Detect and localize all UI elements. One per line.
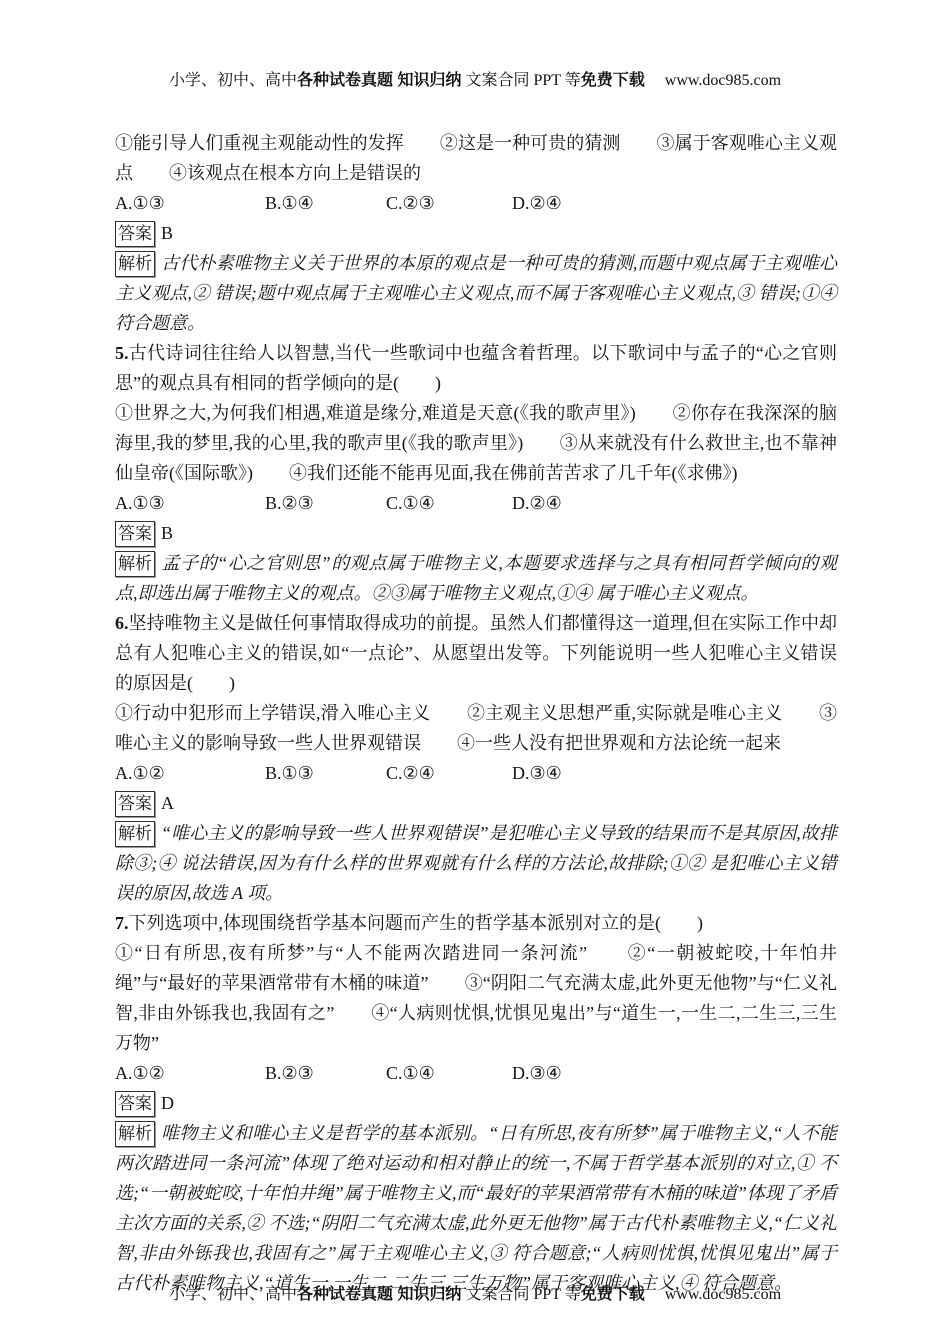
options-row: A.①③ B.②③ C.①④ D.②④ (115, 488, 837, 518)
page-header: 小学、初中、高中各种试卷真题 知识归纳 文案合同 PPT 等免费下载www.do… (0, 0, 950, 92)
answer-value: A (161, 793, 174, 813)
header-branding-text: 小学、初中、高中 (169, 72, 297, 89)
analysis-row: 解析孟子的“心之官则思”的观点属于唯物主义,本题要求选择与之具有相同哲学倾向的观… (115, 548, 837, 608)
footer-branding-text: 小学、初中、高中 (169, 1286, 297, 1303)
analysis-row: 解析古代朴素唯物主义关于世界的本原的观点是一种可贵的猜测,而题中观点属于主观唯心… (115, 248, 837, 338)
answer-label: 答案 (115, 521, 155, 547)
option-b: B.②③ (265, 488, 386, 518)
question-block-7: 7.下列选项中,体现围绕哲学基本问题而产生的哲学基本派别对立的是( ) ①“日有… (115, 908, 837, 1298)
answer-row: 答案B (115, 218, 837, 248)
option-c: C.①④ (386, 1058, 512, 1088)
answer-row: 答案A (115, 788, 837, 818)
header-branding-text: 文案合同 PPT 等 (461, 72, 580, 89)
question-number: 6. (115, 613, 129, 633)
header-url: www.doc985.com (665, 72, 781, 89)
header-branding-text: 免费下载 (581, 72, 645, 89)
analysis-text: 孟子的“心之官则思”的观点属于唯物主义,本题要求选择与之具有相同哲学倾向的观点,… (115, 553, 837, 603)
option-a: A.①② (115, 758, 265, 788)
document-body: ①能引导人们重视主观能动性的发挥 ②这是一种可贵的猜测 ③属于客观唯心主义观点 … (115, 128, 837, 1298)
option-a: A.①② (115, 1058, 265, 1088)
question-stem: 5.古代诗词往往给人以智慧,当代一些歌词中也蕴含着哲理。以下歌词中与孟子的“心之… (115, 338, 837, 398)
answer-label: 答案 (115, 1091, 155, 1117)
answer-value: B (161, 523, 173, 543)
analysis-text: 唯物主义和唯心主义是哲学的基本派别。“日有所思,夜有所梦”属于唯物主义,“人不能… (115, 1123, 837, 1293)
answer-value: D (161, 1093, 174, 1113)
question-block-5: 5.古代诗词往往给人以智慧,当代一些歌词中也蕴含着哲理。以下歌词中与孟子的“心之… (115, 338, 837, 608)
footer-branding-text: 各种试卷 (297, 1286, 361, 1303)
answer-label: 答案 (115, 791, 155, 817)
analysis-row: 解析“唯心主义的影响导致一些人世界观错误”是犯唯心主义导致的结果而不是其原因,故… (115, 818, 837, 908)
analysis-label: 解析 (115, 1121, 155, 1147)
options-row: A.①③ B.①④ C.②③ D.②④ (115, 188, 837, 218)
analysis-row: 解析唯物主义和唯心主义是哲学的基本派别。“日有所思,夜有所梦”属于唯物主义,“人… (115, 1118, 837, 1298)
analysis-text: 古代朴素唯物主义关于世界的本原的观点是一种可贵的猜测,而题中观点属于主观唯心主义… (115, 253, 837, 333)
analysis-text: “唯心主义的影响导致一些人世界观错误”是犯唯心主义导致的结果而不是其原因,故排除… (115, 823, 837, 903)
question-items: ①能引导人们重视主观能动性的发挥 ②这是一种可贵的猜测 ③属于客观唯心主义观点 … (115, 128, 837, 188)
footer-url: www.doc985.com (665, 1286, 781, 1303)
question-stem: 7.下列选项中,体现围绕哲学基本问题而产生的哲学基本派别对立的是( ) (115, 908, 837, 938)
option-d: D.③④ (512, 1058, 562, 1088)
answer-label: 答案 (115, 221, 155, 247)
question-block-4: ①能引导人们重视主观能动性的发挥 ②这是一种可贵的猜测 ③属于客观唯心主义观点 … (115, 128, 837, 338)
footer-branding-text: 免费下载 (581, 1286, 645, 1303)
analysis-label: 解析 (115, 551, 155, 577)
question-number: 7. (115, 913, 129, 933)
page-footer: 小学、初中、高中各种试卷真题 知识归纳 文案合同 PPT 等免费下载www.do… (0, 1284, 950, 1306)
question-items: ①“日有所思,夜有所梦”与“人不能两次踏进同一条河流” ②“一朝被蛇咬,十年怕井… (115, 938, 837, 1058)
document-page: 小学、初中、高中各种试卷真题 知识归纳 文案合同 PPT 等免费下载www.do… (0, 0, 950, 1344)
option-b: B.②③ (265, 1058, 386, 1088)
question-block-6: 6.坚持唯物主义是做任何事情取得成功的前提。虽然人们都懂得这一道理,但在实际工作… (115, 608, 837, 908)
option-a: A.①③ (115, 488, 265, 518)
option-d: D.②④ (512, 488, 562, 518)
header-branding-text: 真题 (361, 72, 393, 89)
question-items: ①世界之大,为何我们相遇,难道是缘分,难道是天意(《我的歌声里》) ②你存在我深… (115, 398, 837, 488)
footer-branding-text: 知识归纳 (393, 1286, 461, 1303)
option-b: B.①④ (265, 188, 386, 218)
answer-row: 答案B (115, 518, 837, 548)
option-b: B.①③ (265, 758, 386, 788)
options-row: A.①② B.②③ C.①④ D.③④ (115, 1058, 837, 1088)
answer-value: B (161, 223, 173, 243)
answer-row: 答案D (115, 1088, 837, 1118)
question-stem-text: 古代诗词往往给人以智慧,当代一些歌词中也蕴含着哲理。以下歌词中与孟子的“心之官则… (115, 343, 837, 393)
footer-branding-text: 文案合同 PPT 等 (461, 1286, 580, 1303)
option-c: C.②④ (386, 758, 512, 788)
header-branding-text: 知识归纳 (393, 72, 461, 89)
option-c: C.①④ (386, 488, 512, 518)
question-stem-text: 坚持唯物主义是做任何事情取得成功的前提。虽然人们都懂得这一道理,但在实际工作中却… (115, 613, 837, 693)
question-number: 5. (115, 343, 129, 363)
analysis-label: 解析 (115, 821, 155, 847)
option-a: A.①③ (115, 188, 265, 218)
option-c: C.②③ (386, 188, 512, 218)
header-branding-text: 各种试卷 (297, 72, 361, 89)
options-row: A.①② B.①③ C.②④ D.③④ (115, 758, 837, 788)
question-items: ①行动中犯形而上学错误,滑入唯心主义 ②主观主义思想严重,实际就是唯心主义 ③唯… (115, 698, 837, 758)
question-stem-text: 下列选项中,体现围绕哲学基本问题而产生的哲学基本派别对立的是( ) (129, 913, 704, 933)
question-stem: 6.坚持唯物主义是做任何事情取得成功的前提。虽然人们都懂得这一道理,但在实际工作… (115, 608, 837, 698)
footer-branding-text: 真题 (361, 1286, 393, 1303)
option-d: D.③④ (512, 758, 562, 788)
analysis-label: 解析 (115, 251, 155, 277)
option-d: D.②④ (512, 188, 562, 218)
